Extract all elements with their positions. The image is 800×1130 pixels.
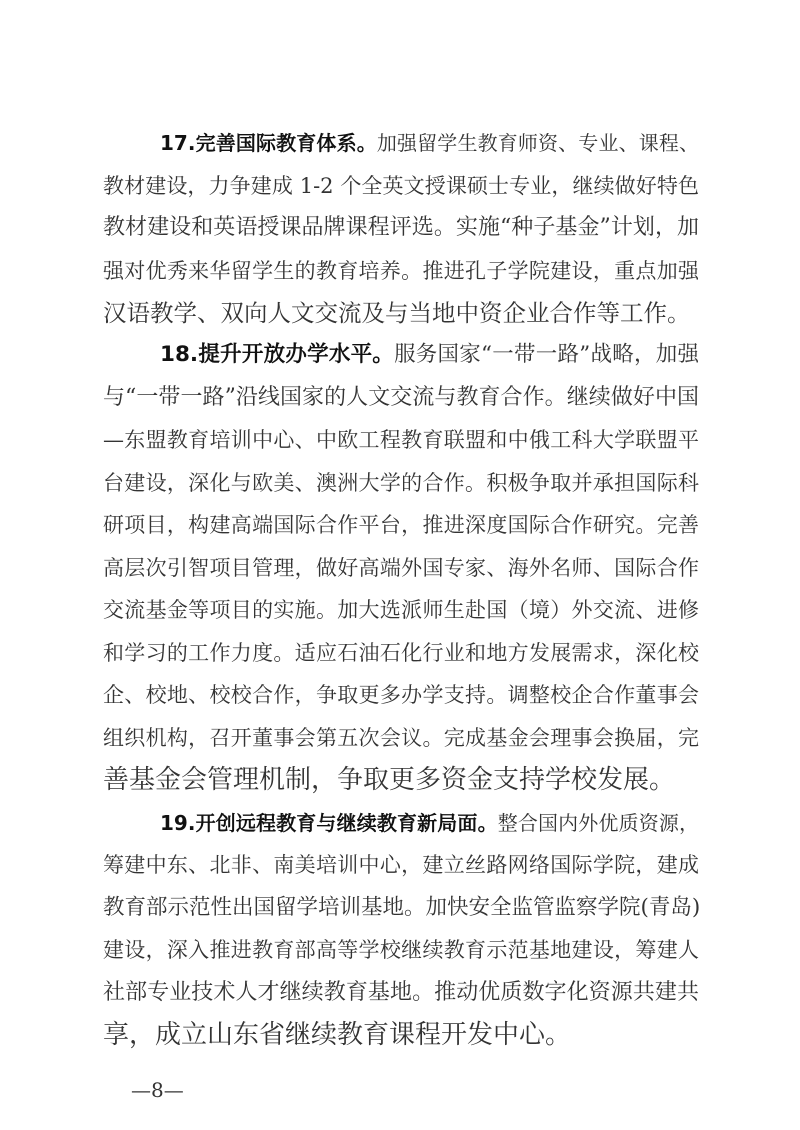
section-19-line-1: 19.开创远程教育与继续教育新局面。整合国内外优质资源， xyxy=(160,806,699,840)
section-19-line-6: 享，成立山东省继续教育课程开发中心。 xyxy=(103,1018,699,1052)
page-number: —8— xyxy=(131,1076,184,1104)
section-17-line-2: 教材建设，力争建成 1-2 个全英文授课硕士专业，继续做好特色 xyxy=(103,169,699,203)
section-18-line-1: 18.提升开放办学水平。服务国家“一带一路”战略，加强 xyxy=(160,338,699,372)
section-17-line-3: 教材建设和英语授课品牌课程评选。实施“种子基金”计划，加 xyxy=(103,211,699,245)
section-18-line-10: 组织机构，召开董事会第五次会议。完成基金会理事会换届，完 xyxy=(103,721,699,755)
section-18-line-11: 善基金会管理机制，争取更多资金支持学校发展。 xyxy=(103,763,699,797)
section-17-heading: 完善国际教育体系。 xyxy=(195,131,376,155)
section-17-line-1: 17.完善国际教育体系。加强留学生教育师资、专业、课程、 xyxy=(160,126,699,160)
section-18-line-6: 高层次引智项目管理，做好高端外国专家、海外名师、国际合作 xyxy=(103,551,699,585)
section-18-line-2: 与“一带一路”沿线国家的人文交流与教育合作。继续做好中国 xyxy=(103,381,699,415)
section-17-text: 加强留学生教育师资、专业、课程、 xyxy=(377,131,699,155)
section-18-line-9: 企、校地、校校合作，争取更多办学支持。调整校企合作董事会 xyxy=(103,678,699,712)
section-19-text: 整合国内外优质资源， xyxy=(498,811,699,835)
section-18-number: 18. xyxy=(160,342,198,367)
section-18-heading: 提升开放办学水平。 xyxy=(198,342,394,367)
section-18-line-3: —东盟教育培训中心、中欧工程教育联盟和中俄工科大学联盟平 xyxy=(103,423,699,457)
section-19-line-5: 社部专业技术人才继续教育基地。推动优质数字化资源共建共 xyxy=(103,976,699,1010)
section-19-line-4: 建设，深入推进教育部高等学校继续教育示范基地建设，筹建人 xyxy=(103,933,699,967)
section-19-line-2: 筹建中东、北非、南美培训中心，建立丝路网络国际学院，建成 xyxy=(103,848,699,882)
section-18-line-8: 和学习的工作力度。适应石油石化行业和地方发展需求，深化校 xyxy=(103,636,699,670)
section-17-line-4: 强对优秀来华留学生的教育培养。推进孔子学院建设，重点加强 xyxy=(103,254,699,288)
section-17-line-5: 汉语教学、双向人文交流及与当地中资企业合作等工作。 xyxy=(103,296,699,330)
section-18-text: 服务国家“一带一路”战略，加强 xyxy=(394,342,699,367)
section-19-line-3: 教育部示范性出国留学培训基地。加快安全监管监察学院(青岛) xyxy=(103,891,699,925)
section-19-number: 19. xyxy=(160,811,195,835)
section-19-heading: 开创远程教育与继续教育新局面。 xyxy=(195,811,497,835)
section-18-line-4: 台建设，深化与欧美、澳洲大学的合作。积极争取并承担国际科 xyxy=(103,466,699,500)
document-page: 17.完善国际教育体系。加强留学生教育师资、专业、课程、 教材建设，力争建成 1… xyxy=(0,0,800,1130)
section-18-line-7: 交流基金等项目的实施。加大选派师生赴国（境）外交流、进修 xyxy=(103,593,699,627)
section-17-number: 17. xyxy=(160,131,195,155)
section-18-line-5: 研项目，构建高端国际合作平台，推进深度国际合作研究。完善 xyxy=(103,508,699,542)
